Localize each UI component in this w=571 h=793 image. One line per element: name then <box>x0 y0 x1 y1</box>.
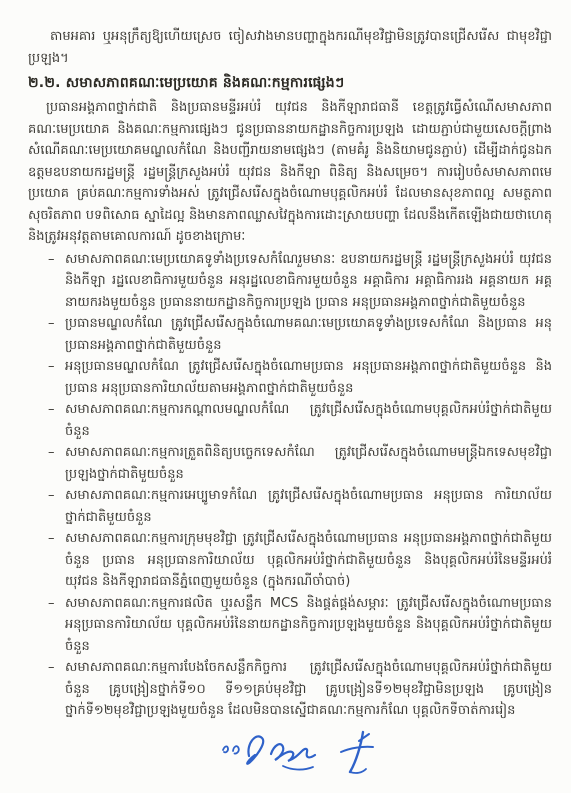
scanned-document-page: តាមអគារ ឬអនុក្រឹត្យឱ្យហើយស្រេច ចៀសវាងមាន… <box>0 0 571 793</box>
bullet-item: អនុប្រធានមណ្ឌលកំណែ ត្រូវជ្រើសរើសក្នុងចំណ… <box>48 356 552 399</box>
intro-continuation-paragraph: តាមអគារ ឬអនុក្រឹត្យឱ្យហើយស្រេច ចៀសវាងមាន… <box>28 26 552 69</box>
bullet-item: សមាសភាពគណៈកម្មការបែងចែកសន្លឹកកិច្ចការ ត្… <box>48 657 552 722</box>
signature-ink-icon <box>213 726 403 778</box>
bullet-item: សមាសភាពគណៈកម្មការក្រុមមុខវិជ្ជា ត្រូវជ្រ… <box>48 528 552 593</box>
signature-area <box>28 726 552 778</box>
section-heading: ២.២. សមាសភាពគណៈមេប្រយោគ និងគណៈកម្មការផ្ស… <box>28 72 552 95</box>
bullet-item: សមាសភាពគណៈកម្មការផលិត ឬរសន្លឹក MCS និងផ្… <box>48 593 552 658</box>
bullet-item: សមាសភាពគណៈកម្មការកណ្តាលមណ្ឌលកំណែ ត្រូវជ្… <box>48 399 552 442</box>
bullet-list: សមាសភាពគណៈមេប្រយោគទូទាំងប្រទេសកំណែរួមមាន… <box>28 249 552 722</box>
bullet-item: ប្រធានមណ្ឌលកំណែ ត្រូវជ្រើសរើសក្នុងចំណោមគ… <box>48 313 552 356</box>
bullet-item: សមាសភាពគណៈមេប្រយោគទូទាំងប្រទេសកំណែរួមមាន… <box>48 249 552 314</box>
bullet-item: សមាសភាពគណៈកម្មការត្រួតពិនិត្យបច្ចេកទេសកំ… <box>48 442 552 485</box>
bullet-item: សមាសភាពគណៈកម្មការអេប្បូមាទកំណែ ត្រូវជ្រើ… <box>48 485 552 528</box>
body-paragraph: ប្រធានអង្គភាពថ្នាក់ជាតិ និងប្រធានមន្ទីរអ… <box>28 97 552 248</box>
